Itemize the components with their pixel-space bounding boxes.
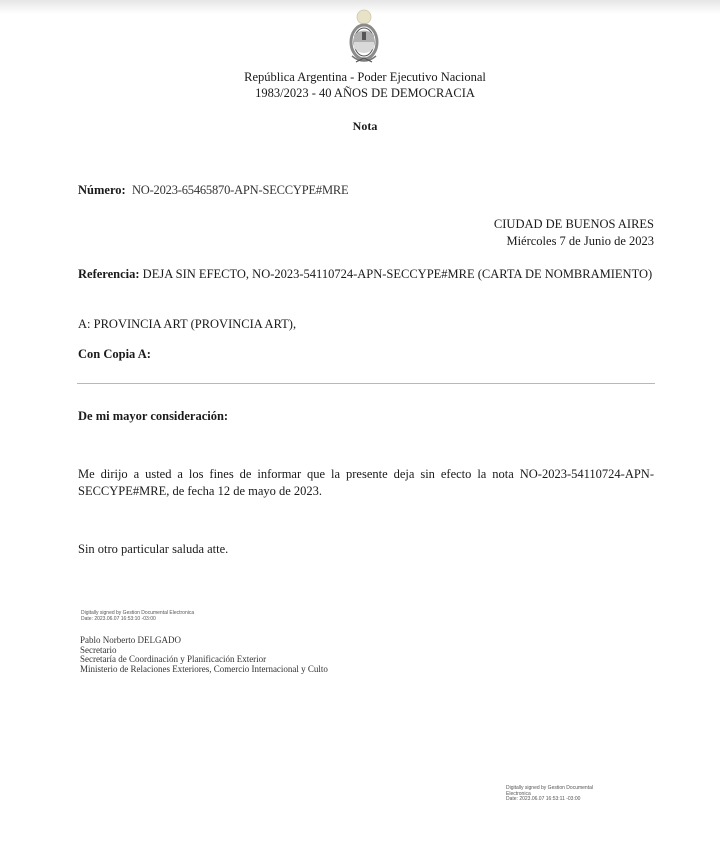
document-type-title: Nota (0, 119, 720, 134)
document-number: Número: NO-2023-65465870-APN-SECCYPE#MRE (78, 182, 348, 198)
header-motto-line: 1983/2023 - 40 AÑOS DE DEMOCRACIA (0, 85, 720, 101)
signature-1-line-2: Date: 2023.06.07 16:53:10 -03:00 (81, 617, 194, 623)
reference-label: Referencia: (78, 267, 140, 281)
recipient-label: A: (78, 317, 91, 331)
recipient-value: PROVINCIA ART (PROVINCIA ART), (94, 317, 296, 331)
coat-of-arms-icon (344, 8, 384, 70)
digital-signature-stamp-2: Digitally signed by Gestion Documental E… (506, 786, 593, 803)
signer-name: Pablo Norberto DELGADO (80, 636, 328, 646)
header-government-line: República Argentina - Poder Ejecutivo Na… (0, 69, 720, 85)
reference: Referencia: DEJA SIN EFECTO, NO-2023-541… (78, 266, 652, 282)
document-number-label: Número: (78, 183, 126, 197)
cc-label: Con Copia A: (78, 346, 151, 362)
signature-2-line-3: Date: 2023.06.07 16:53:11 -03:00 (506, 797, 593, 803)
reference-value: DEJA SIN EFECTO, NO-2023-54110724-APN-SE… (143, 267, 653, 281)
city: CIUDAD DE BUENOS AIRES (494, 216, 654, 232)
body-line-1: Me dirijo a usted a los fines de informa… (78, 466, 654, 482)
divider (77, 383, 655, 384)
digital-signature-stamp-1: Digitally signed by Gestion Documental E… (81, 611, 194, 622)
signer-ministry: Ministerio de Relaciones Exteriores, Com… (80, 665, 328, 675)
recipient: A: PROVINCIA ART (PROVINCIA ART), (78, 316, 296, 332)
body-line-2: SECCYPE#MRE, de fecha 12 de mayo de 2023… (78, 483, 322, 499)
document-date: Miércoles 7 de Junio de 2023 (506, 233, 654, 249)
closing: Sin otro particular saluda atte. (78, 541, 228, 557)
signer-block: Pablo Norberto DELGADO Secretario Secret… (80, 636, 328, 674)
greeting: De mi mayor consideración: (78, 408, 228, 424)
document-number-value: NO-2023-65465870-APN-SECCYPE#MRE (132, 183, 349, 197)
